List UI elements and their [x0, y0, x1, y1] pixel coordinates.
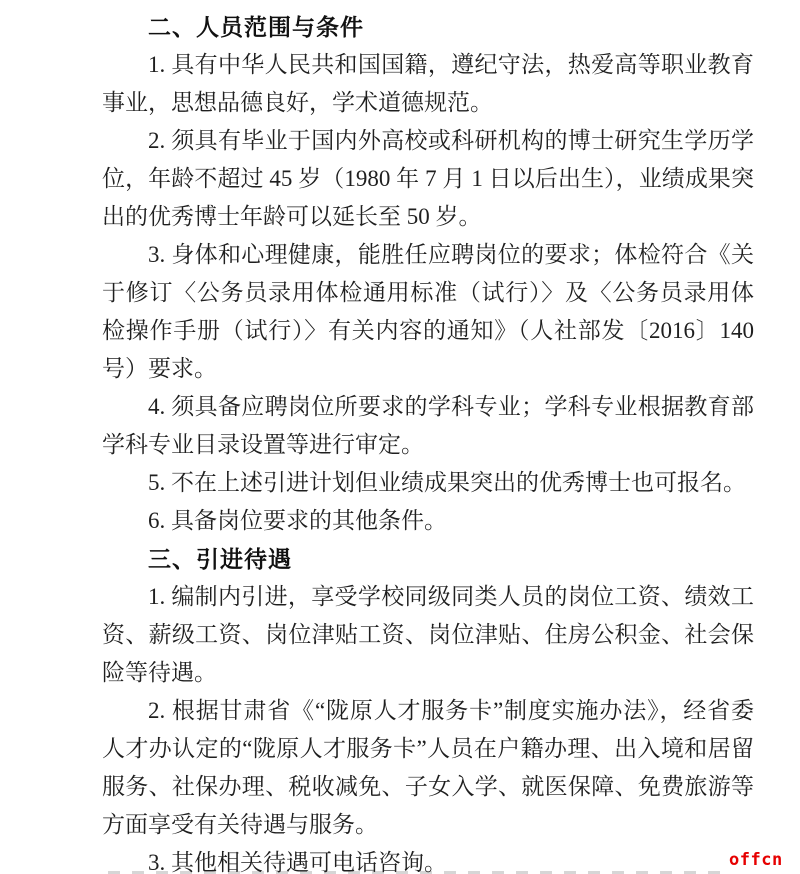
paragraph-outstanding-doctor: 5. 不在上述引进计划但业绩成果突出的优秀博士也可报名。	[102, 464, 754, 502]
offcn-watermark: offcn	[729, 850, 783, 870]
paragraph-discipline-major: 4. 须具备应聘岗位所要求的学科专业；学科专业根据教育部学科专业目录设置等进行审…	[102, 388, 754, 464]
document-content: 二、人员范围与条件 1. 具有中华人民共和国国籍，遵纪守法，热爱高等职业教育事业…	[102, 0, 754, 874]
section-heading-personnel-scope: 二、人员范围与条件	[102, 8, 754, 46]
paragraph-phone-consultation: 3. 其他相关待遇可电话咨询。	[102, 844, 754, 874]
section-heading-benefits: 三、引进待遇	[102, 540, 754, 578]
paragraph-talent-service-card: 2. 根据甘肃省《“陇原人才服务卡”制度实施办法》，经省委人才办认定的“陇原人才…	[102, 692, 754, 844]
document-page: 二、人员范围与条件 1. 具有中华人民共和国国籍，遵纪守法，热爱高等职业教育事业…	[0, 0, 800, 874]
paragraph-other-requirements: 6. 具备岗位要求的其他条件。	[102, 502, 754, 540]
paragraph-health-physical-exam: 3. 身体和心理健康，能胜任应聘岗位的要求；体检符合《关于修订〈公务员录用体检通…	[102, 236, 754, 388]
paragraph-salary-benefits: 1. 编制内引进，享受学校同级同类人员的岗位工资、绩效工资、薪级工资、岗位津贴工…	[102, 578, 754, 692]
paragraph-nationality: 1. 具有中华人民共和国国籍，遵纪守法，热爱高等职业教育事业，思想品德良好，学术…	[102, 46, 754, 122]
paragraph-degree-age: 2. 须具有毕业于国内外高校或科研机构的博士研究生学历学位，年龄不超过 45 岁…	[102, 122, 754, 236]
